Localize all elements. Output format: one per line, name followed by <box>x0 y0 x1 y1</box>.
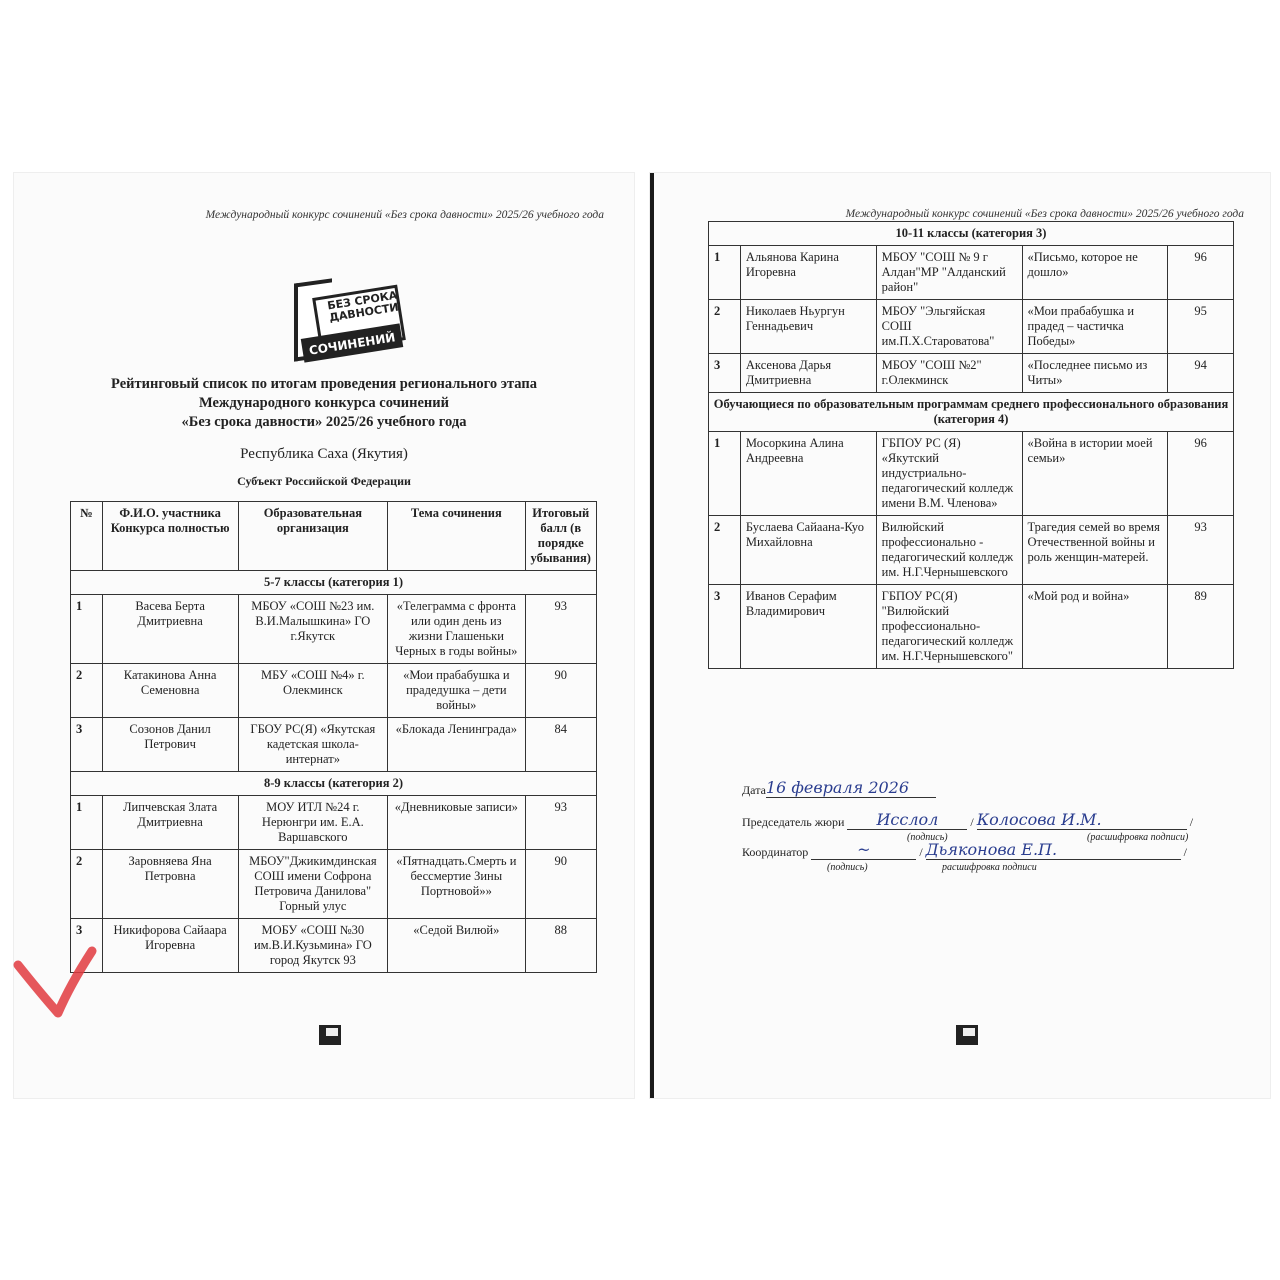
cell-num: 1 <box>709 432 741 516</box>
cell-topic: «Седой Вилюй» <box>388 919 525 973</box>
category-header-row: 5-7 классы (категория 1) <box>71 571 597 595</box>
decode-caption: расшифровка подписи <box>942 862 1037 873</box>
table-row: 1Мосоркина Алина АндреевнаГБПОУ РС (Я) «… <box>709 432 1234 516</box>
col-num: № <box>71 502 103 571</box>
rating-table-part-2: 10-11 классы (категория 3)1Альянова Кари… <box>708 221 1234 669</box>
document-page-2: Международный конкурс сочинений «Без сро… <box>650 173 1270 1098</box>
cell-topic: Трагедия семей во время Отечественной во… <box>1022 516 1168 585</box>
table-row: 2Буслаева Сайаана-Куо МихайловнаВилюйски… <box>709 516 1234 585</box>
cell-score: 96 <box>1168 432 1234 516</box>
cell-name: Липчевская Злата Дмитриевна <box>102 796 238 850</box>
coordinator-label: Координатор <box>742 845 808 859</box>
cell-org: ГБПОУ РС(Я) "Вилюйский профессионально-п… <box>876 585 1022 669</box>
date-value: 16 февраля 2026 <box>766 778 936 798</box>
cell-num: 1 <box>71 595 103 664</box>
cell-topic: «Пятнадцать.Смерть и бессмертие Зины Пор… <box>388 850 525 919</box>
table-row: 2Катакинова Анна СеменовнаМБУ «СОШ №4» г… <box>71 664 597 718</box>
coordinator-signature: ~ <box>811 840 916 860</box>
category-title: 5-7 классы (категория 1) <box>71 571 597 595</box>
cell-score: 95 <box>1168 300 1234 354</box>
table-row: 3Созонов Данил ПетровичГБОУ РС(Я) «Якутс… <box>71 718 597 772</box>
footer-logo-icon <box>319 1025 341 1045</box>
cell-name: Васева Берта Дмитриевна <box>102 595 238 664</box>
cell-score: 94 <box>1168 354 1234 393</box>
cell-num: 2 <box>709 516 741 585</box>
cell-topic: «Дневниковые записи» <box>388 796 525 850</box>
cell-topic: «Письмо, которое не дошло» <box>1022 246 1168 300</box>
document-page-1: Международный конкурс сочинений «Без сро… <box>14 173 634 1098</box>
cell-topic: «Война в истории моей семьи» <box>1022 432 1168 516</box>
category-header-row: 10-11 классы (категория 3) <box>709 222 1234 246</box>
cell-num: 3 <box>709 354 741 393</box>
cell-name: Буслаева Сайаана-Куо Михайловна <box>740 516 876 585</box>
book-logo-icon: БЕЗ СРОКАДАВНОСТИ СОЧИНЕНИЙ <box>294 281 404 359</box>
table-row: 3Аксенова Дарья ДмитриевнаМБОУ "СОШ №2" … <box>709 354 1234 393</box>
chair-signature: Исслол <box>847 810 967 830</box>
cell-num: 3 <box>71 718 103 772</box>
table-row: 2Заровняева Яна ПетровнаМБОУ"Джикимдинск… <box>71 850 597 919</box>
cell-topic: «Мой род и война» <box>1022 585 1168 669</box>
cell-org: МБУ «СОШ №4» г. Олекминск <box>238 664 388 718</box>
red-checkmark-icon <box>12 945 102 1035</box>
cell-org: МБОУ «СОШ №23 им. В.И.Малышкина» ГО г.Як… <box>238 595 388 664</box>
table-header-row: № Ф.И.О. участника Конкурса полностью Об… <box>71 502 597 571</box>
cell-score: 89 <box>1168 585 1234 669</box>
cell-score: 93 <box>525 595 596 664</box>
cell-score: 96 <box>1168 246 1234 300</box>
col-topic: Тема сочинения <box>388 502 525 571</box>
cell-org: Вилюйский профессионально - педагогическ… <box>876 516 1022 585</box>
category-title: 10-11 классы (категория 3) <box>709 222 1234 246</box>
date-label: Дата <box>742 783 766 797</box>
running-header: Международный конкурс сочинений «Без сро… <box>846 208 1244 220</box>
cell-name: Созонов Данил Петрович <box>102 718 238 772</box>
cell-topic: «Блокада Ленинграда» <box>388 718 525 772</box>
cell-num: 2 <box>71 850 103 919</box>
table-row: 3Иванов Серафим ВладимировичГБПОУ РС(Я) … <box>709 585 1234 669</box>
cell-topic: «Телеграмма с фронта или один день из жи… <box>388 595 525 664</box>
cell-name: Никифорова Сайаара Игоревна <box>102 919 238 973</box>
table-row: 3Никифорова Сайаара ИгоревнаМОБУ «СОШ №3… <box>71 919 597 973</box>
document-title: Рейтинговый список по итогам проведения … <box>14 375 634 432</box>
cell-score: 90 <box>525 850 596 919</box>
category-header-row: Обучающиеся по образовательным программа… <box>709 393 1234 432</box>
cell-org: МБОУ "Эльгяйская СОШ им.П.Х.Староватова" <box>876 300 1022 354</box>
cell-num: 2 <box>71 664 103 718</box>
footer-logo-icon <box>956 1025 978 1045</box>
cell-org: ГБПОУ РС (Я) «Якутский индустриально-пед… <box>876 432 1022 516</box>
table-row: 2Николаев Ньургун ГеннадьевичМБОУ "Эльгя… <box>709 300 1234 354</box>
category-title: 8-9 классы (категория 2) <box>71 772 597 796</box>
cell-score: 90 <box>525 664 596 718</box>
cell-org: МОУ ИТЛ №24 г. Нерюнгри им. Е.А. Варшавс… <box>238 796 388 850</box>
cell-org: МБОУ"Джикимдинская СОШ имени Софрона Пет… <box>238 850 388 919</box>
chair-label: Председатель жюри <box>742 815 844 829</box>
cell-org: МБОУ "СОШ №2" г.Олекминск <box>876 354 1022 393</box>
cell-score: 88 <box>525 919 596 973</box>
region-name: Республика Саха (Якутия) <box>14 446 634 463</box>
chair-name: Колосова И.М. <box>977 810 1187 830</box>
cell-name: Аксенова Дарья Дмитриевна <box>740 354 876 393</box>
col-org: Образовательная организация <box>238 502 388 571</box>
cell-name: Иванов Серафим Владимирович <box>740 585 876 669</box>
running-header: Международный конкурс сочинений «Без сро… <box>206 209 604 221</box>
category-title: Обучающиеся по образовательным программа… <box>709 393 1234 432</box>
col-name: Ф.И.О. участника Конкурса полностью <box>102 502 238 571</box>
cell-org: МБОУ "СОШ № 9 г Алдан"МР "Алданский райо… <box>876 246 1022 300</box>
cell-org: МОБУ «СОШ №30 им.В.И.Кузьмина» ГО город … <box>238 919 388 973</box>
cell-name: Альянова Карина Игоревна <box>740 246 876 300</box>
rating-table-part-1: № Ф.И.О. участника Конкурса полностью Об… <box>70 501 597 973</box>
table-row: 1Альянова Карина ИгоревнаМБОУ "СОШ № 9 г… <box>709 246 1234 300</box>
signature-block: Дата16 февраля 2026 Председатель жюри Ис… <box>742 770 1222 880</box>
cell-topic: «Мои прабабушка и прадед – частичка Побе… <box>1022 300 1168 354</box>
cell-score: 93 <box>1168 516 1234 585</box>
category-header-row: 8-9 классы (категория 2) <box>71 772 597 796</box>
subject-label: Субъект Российской Федерации <box>14 474 634 489</box>
cell-num: 1 <box>71 796 103 850</box>
table-row: 1Васева Берта ДмитриевнаМБОУ «СОШ №23 им… <box>71 595 597 664</box>
cell-num: 2 <box>709 300 741 354</box>
cell-topic: «Мои прабабушка и прадедушка – дети войн… <box>388 664 525 718</box>
cell-score: 84 <box>525 718 596 772</box>
cell-name: Мосоркина Алина Андреевна <box>740 432 876 516</box>
cell-num: 1 <box>709 246 741 300</box>
cell-num: 3 <box>709 585 741 669</box>
cell-topic: «Последнее письмо из Читы» <box>1022 354 1168 393</box>
coordinator-name: Дьяконова Е.П. <box>926 840 1181 860</box>
cell-name: Катакинова Анна Семеновна <box>102 664 238 718</box>
cell-score: 93 <box>525 796 596 850</box>
cell-name: Николаев Ньургун Геннадьевич <box>740 300 876 354</box>
col-score: Итоговый балл (в порядке убывания) <box>525 502 596 571</box>
signature-caption: (подпись) <box>827 862 868 873</box>
table-row: 1Липчевская Злата ДмитриевнаМОУ ИТЛ №24 … <box>71 796 597 850</box>
cell-name: Заровняева Яна Петровна <box>102 850 238 919</box>
cell-org: ГБОУ РС(Я) «Якутская кадетская школа-инт… <box>238 718 388 772</box>
